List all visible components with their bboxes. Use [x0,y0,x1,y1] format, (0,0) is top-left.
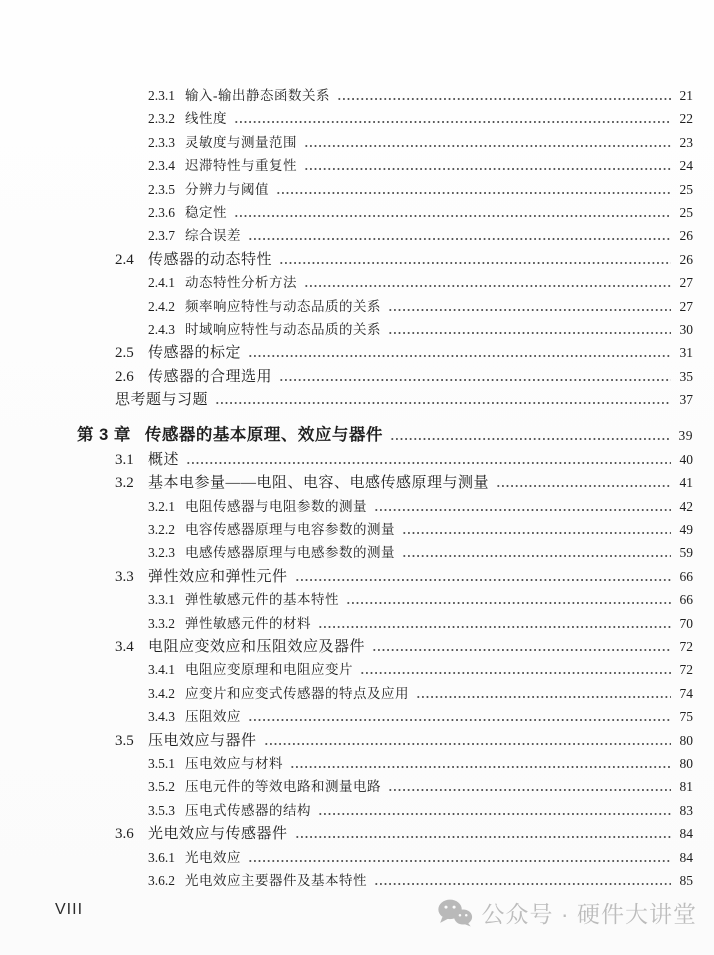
dot-leader [402,553,671,557]
toc-entry: 2.3.6 稳定性 25 [77,201,693,224]
toc-entry-number: 3.1 [115,449,148,472]
toc-entry: 3.6.2 光电效应主要器件及基本特性 85 [77,869,693,892]
toc-entry-page: 25 [674,201,693,224]
toc-entry-number: 3.4.3 [148,705,185,728]
toc-entry-page: 22 [674,107,693,130]
toc-entry-page: 40 [674,448,693,471]
toc-entry-page: 80 [674,752,693,775]
toc-entry-number: 2.4.2 [148,295,185,318]
dot-leader [304,283,671,287]
toc-entry-title: 线性度 [185,107,227,130]
dot-leader [390,436,671,440]
dot-leader [388,787,671,791]
toc-entry: 3.6.1 光电效应 84 [77,846,693,869]
toc-entry-title: 电容传感器原理与电容参数的测量 [185,518,395,541]
toc-entry-page: 39 [674,424,693,447]
dot-leader [295,577,671,581]
toc-entry-number: 3.6.1 [148,846,185,869]
toc-entry-number: 3.4 [115,636,148,659]
scanned-toc-page: 2.3.1 输入-输出静态函数关系 21 2.3.2 线性度 22 2.3.3 … [0,0,714,955]
toc-entry-title: 弹性效应和弹性元件 [148,566,288,589]
toc-entry: 2.3.2 线性度 22 [77,107,693,130]
toc-entry-title: 压电效应与器件 [148,730,257,753]
dot-leader [248,717,671,721]
toc-entry-title: 输入-输出静态函数关系 [185,84,330,107]
toc-entry: 2.3.7 综合误差 26 [77,224,693,247]
toc-entry-number: 第 3 章 [77,424,131,447]
dot-leader [186,460,671,464]
toc-entry-number: 3.3 [115,566,148,589]
toc-entry: 3.3.2 弹性敏感元件的材料 70 [77,612,693,635]
toc-entry-page: 31 [674,341,693,364]
toc-entry-number: 2.3.5 [148,178,185,201]
toc-entry-title: 应变片和应变式传感器的特点及应用 [185,682,409,705]
toc-entry-number: 2.4.3 [148,318,185,341]
toc-entry-number: 2.3.6 [148,201,185,224]
toc-entry: 思考题与习题 37 [77,388,693,411]
dot-leader [388,307,671,311]
toc-entry-number: 3.5.3 [148,799,185,822]
dot-leader [279,377,671,381]
toc-entry-title: 压电效应与材料 [185,752,283,775]
toc-entry: 2.6 传感器的合理选用 35 [77,365,693,388]
toc-entry: 3.2.3 电感传感器原理与电感参数的测量 59 [77,541,693,564]
toc-entry-title: 弹性敏感元件的基本特性 [185,588,339,611]
toc-entry-page: 84 [674,822,693,845]
toc-entry-page: 27 [674,295,693,318]
toc-entry-title: 分辨力与阈值 [185,178,269,201]
toc-entry-page: 41 [674,471,693,494]
dot-leader [215,400,671,404]
toc-entry: 2.3.1 输入-输出静态函数关系 21 [77,84,693,107]
toc-entry-title: 弹性敏感元件的材料 [185,612,311,635]
toc-list: 2.3.1 输入-输出静态函数关系 21 2.3.2 线性度 22 2.3.3 … [77,84,693,892]
dot-leader [304,166,671,170]
toc-entry-page: 84 [674,846,693,869]
toc-entry-title: 传感器的动态特性 [148,249,272,272]
dot-leader [416,694,671,698]
toc-entry-number: 3.6 [115,823,148,846]
dot-leader [264,741,671,745]
toc-entry: 3.5.2 压电元件的等效电路和测量电路 81 [77,775,693,798]
toc-entry-page: 83 [674,799,693,822]
toc-entry-page: 81 [674,775,693,798]
dot-leader [276,190,671,194]
watermark-text: 公众号 · 硬件大讲堂 [482,896,697,929]
dot-leader [295,834,671,838]
toc-entry-number: 2.4.1 [148,271,185,294]
toc-entry-title: 稳定性 [185,201,227,224]
toc-entry-title: 灵敏度与测量范围 [185,131,297,154]
toc-entry-title: 电阻应变原理和电阻应变片 [185,658,353,681]
toc-entry-title: 综合误差 [185,224,241,247]
toc-entry-title: 电阻应变效应和压阻效应及器件 [148,636,365,659]
toc-entry-title: 传感器的合理选用 [148,366,272,389]
watermark: 公众号 · 硬件大讲堂 [437,896,697,929]
toc-entry: 2.4.2 频率响应特性与动态品质的关系 27 [77,295,693,318]
toc-entry-number: 3.2.2 [148,518,185,541]
toc-entry-title: 压电元件的等效电路和测量电路 [185,775,381,798]
toc-entry-page: 37 [674,388,693,411]
toc-entry: 2.3.4 迟滞特性与重复性 24 [77,154,693,177]
toc-entry-number: 3.2 [115,472,148,495]
dot-leader [374,881,671,885]
toc-entry: 3.4.1 电阻应变原理和电阻应变片 72 [77,658,693,681]
toc-entry: 2.4 传感器的动态特性 26 [77,248,693,271]
toc-entry-page: 85 [674,869,693,892]
toc-entry-number: 2.6 [115,366,148,389]
toc-entry-title: 电感传感器原理与电感参数的测量 [185,541,395,564]
dot-leader [318,624,671,628]
toc-entry: 3.3 弹性效应和弹性元件 66 [77,565,693,588]
toc-entry-page: 66 [674,565,693,588]
toc-entry-page: 59 [674,541,693,564]
toc-entry-title: 传感器的基本原理、效应与器件 [145,424,383,447]
toc-entry-number: 3.5.2 [148,775,185,798]
dot-leader [360,670,671,674]
toc-entry-page: 25 [674,178,693,201]
toc-entry-page: 72 [674,658,693,681]
wechat-icon [437,898,473,927]
toc-entry-number: 3.5 [115,730,148,753]
toc-entry: 2.4.1 动态特性分析方法 27 [77,271,693,294]
toc-entry-title: 时域响应特性与动态品质的关系 [185,318,381,341]
toc-entry-title: 压阻效应 [185,705,241,728]
toc-entry: 3.4.2 应变片和应变式传感器的特点及应用 74 [77,682,693,705]
toc-entry-page: 75 [674,705,693,728]
toc-entry-number: 2.3.2 [148,107,185,130]
toc-entry-number: 2.3.3 [148,131,185,154]
toc-entry-title: 迟滞特性与重复性 [185,154,297,177]
toc-entry: 3.2.2 电容传感器原理与电容参数的测量 49 [77,518,693,541]
toc-entry-page: 66 [674,588,693,611]
dot-leader [372,647,671,651]
toc-entry: 2.4.3 时域响应特性与动态品质的关系 30 [77,318,693,341]
dot-leader [402,530,671,534]
toc-entry-page: 70 [674,612,693,635]
toc-entry-title: 动态特性分析方法 [185,271,297,294]
toc-entry-page: 30 [674,318,693,341]
toc-entry: 2.3.5 分辨力与阈值 25 [77,178,693,201]
dot-leader [248,858,671,862]
toc-entry-title: 频率响应特性与动态品质的关系 [185,295,381,318]
dot-leader [496,483,671,487]
dot-leader [374,507,671,511]
toc-entry-number: 3.5.1 [148,752,185,775]
toc-entry: 3.4 电阻应变效应和压阻效应及器件 72 [77,635,693,658]
toc-entry-number: 2.5 [115,342,148,365]
toc-entry: 3.6 光电效应与传感器件 84 [77,822,693,845]
dot-leader [234,119,671,123]
dot-leader [290,764,671,768]
toc-entry-title: 电阻传感器与电阻参数的测量 [185,495,367,518]
toc-entry-page: 26 [674,224,693,247]
toc-entry-number: 2.3.4 [148,154,185,177]
toc-entry: 3.5 压电效应与器件 80 [77,729,693,752]
dot-leader [346,600,671,604]
toc-entry-number: 3.6.2 [148,869,185,892]
toc-entry-title: 思考题与习题 [115,389,208,412]
toc-entry-number: 3.4.2 [148,682,185,705]
page-number-folio: VIII [55,901,83,919]
toc-entry-page: 26 [674,248,693,271]
toc-entry: 3.5.1 压电效应与材料 80 [77,752,693,775]
toc-entry: 3.4.3 压阻效应 75 [77,705,693,728]
dot-leader [248,353,671,357]
toc-entry-page: 80 [674,729,693,752]
toc-entry-page: 74 [674,682,693,705]
toc-entry-number: 3.4.1 [148,658,185,681]
toc-entry: 3.2.1 电阻传感器与电阻参数的测量 42 [77,495,693,518]
toc-entry: 3.1 概述 40 [77,448,693,471]
toc-entry-title: 概述 [148,449,179,472]
toc-entry-page: 21 [674,84,693,107]
toc-entry-number: 3.2.3 [148,541,185,564]
toc-entry-title: 基本电参量——电阻、电容、电感传感原理与测量 [148,472,489,495]
toc-entry: 3.2 基本电参量——电阻、电容、电感传感原理与测量 41 [77,471,693,494]
toc-entry: 3.3.1 弹性敏感元件的基本特性 66 [77,588,693,611]
toc-entry-title: 光电效应主要器件及基本特性 [185,869,367,892]
toc-entry-page: 42 [674,495,693,518]
toc-entry: 2.5 传感器的标定 31 [77,341,693,364]
toc-entry-title: 传感器的标定 [148,342,241,365]
dot-leader [318,811,671,815]
toc-entry-number: 2.3.7 [148,224,185,247]
toc-entry-page: 49 [674,518,693,541]
dot-leader [279,260,671,264]
toc-entry-number: 3.3.1 [148,588,185,611]
toc-entry-page: 24 [674,154,693,177]
toc-entry-title: 光电效应与传感器件 [148,823,288,846]
toc-entry-number: 3.2.1 [148,495,185,518]
dot-leader [304,143,671,147]
dot-leader [234,213,671,217]
toc-entry-page: 72 [674,635,693,658]
dot-leader [337,96,671,100]
toc-entry-page: 27 [674,271,693,294]
toc-entry-number: 2.3.1 [148,84,185,107]
toc-entry-number: 3.3.2 [148,612,185,635]
toc-entry: 2.3.3 灵敏度与测量范围 23 [77,131,693,154]
toc-entry-title: 光电效应 [185,846,241,869]
toc-entry: 3.5.3 压电式传感器的结构 83 [77,799,693,822]
dot-leader [248,236,671,240]
toc-entry: 第 3 章 传感器的基本原理、效应与器件 39 [77,424,693,447]
toc-entry-page: 23 [674,131,693,154]
toc-entry-page: 35 [674,365,693,388]
dot-leader [388,330,671,334]
toc-entry-number: 2.4 [115,249,148,272]
toc-entry-title: 压电式传感器的结构 [185,799,311,822]
